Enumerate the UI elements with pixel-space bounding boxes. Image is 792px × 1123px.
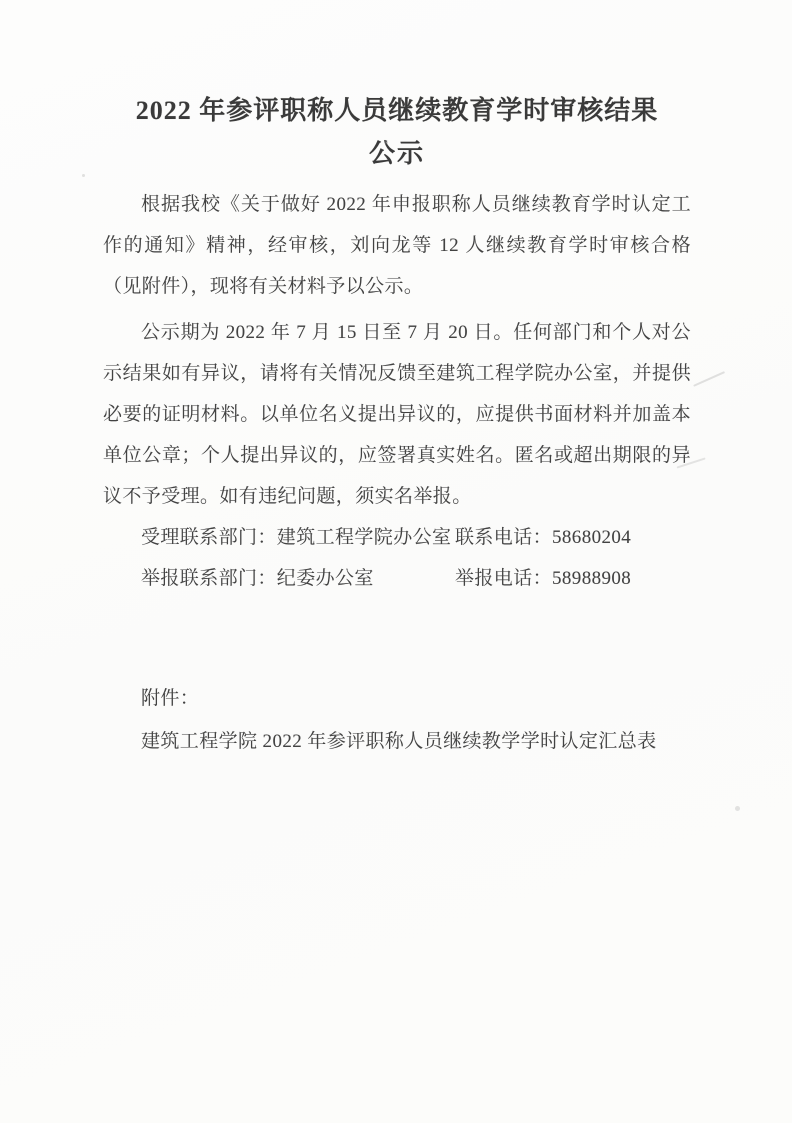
report-department-label: 举报联系部门：纪委办公室	[141, 568, 374, 589]
attachment-section: 附件： 建筑工程学院 2022 年参评职称人员继续教学学时认定汇总表	[103, 677, 691, 764]
document-title-line2: 公示	[103, 132, 691, 176]
report-phone-label: 举报电话：58988908	[455, 558, 631, 599]
scanned-document-page: 2022 年参评职称人员继续教育学时审核结果 公示 根据我校《关于做好 2022…	[0, 0, 792, 1123]
document-title-line1: 2022 年参评职称人员继续教育学时审核结果	[103, 92, 691, 130]
acceptance-phone-label: 联系电话：58680204	[455, 517, 631, 558]
attachment-title: 建筑工程学院 2022 年参评职称人员继续教学学时认定汇总表	[103, 720, 691, 764]
scan-artifact-streak	[693, 371, 725, 386]
scan-artifact-speck	[735, 806, 740, 811]
document-content: 2022 年参评职称人员继续教育学时审核结果 公示 根据我校《关于做好 2022…	[103, 0, 691, 764]
contact-line-acceptance: 受理联系部门：建筑工程学院办公室 联系电话：58680204	[103, 517, 691, 558]
acceptance-department-label: 受理联系部门：建筑工程学院办公室	[141, 527, 451, 548]
contact-line-report: 举报联系部门：纪委办公室 举报电话：58988908	[103, 558, 691, 599]
paragraph-review-basis: 根据我校《关于做好 2022 年申报职称人员继续教育学时认定工作的通知》精神，经…	[103, 184, 691, 307]
scan-artifact-dot	[82, 174, 85, 177]
document-title: 2022 年参评职称人员继续教育学时审核结果 公示	[103, 92, 691, 176]
paragraph-objection-period: 公示期为 2022 年 7 月 15 日至 7 月 20 日。任何部门和个人对公…	[103, 312, 691, 517]
attachment-label: 附件：	[103, 677, 691, 720]
